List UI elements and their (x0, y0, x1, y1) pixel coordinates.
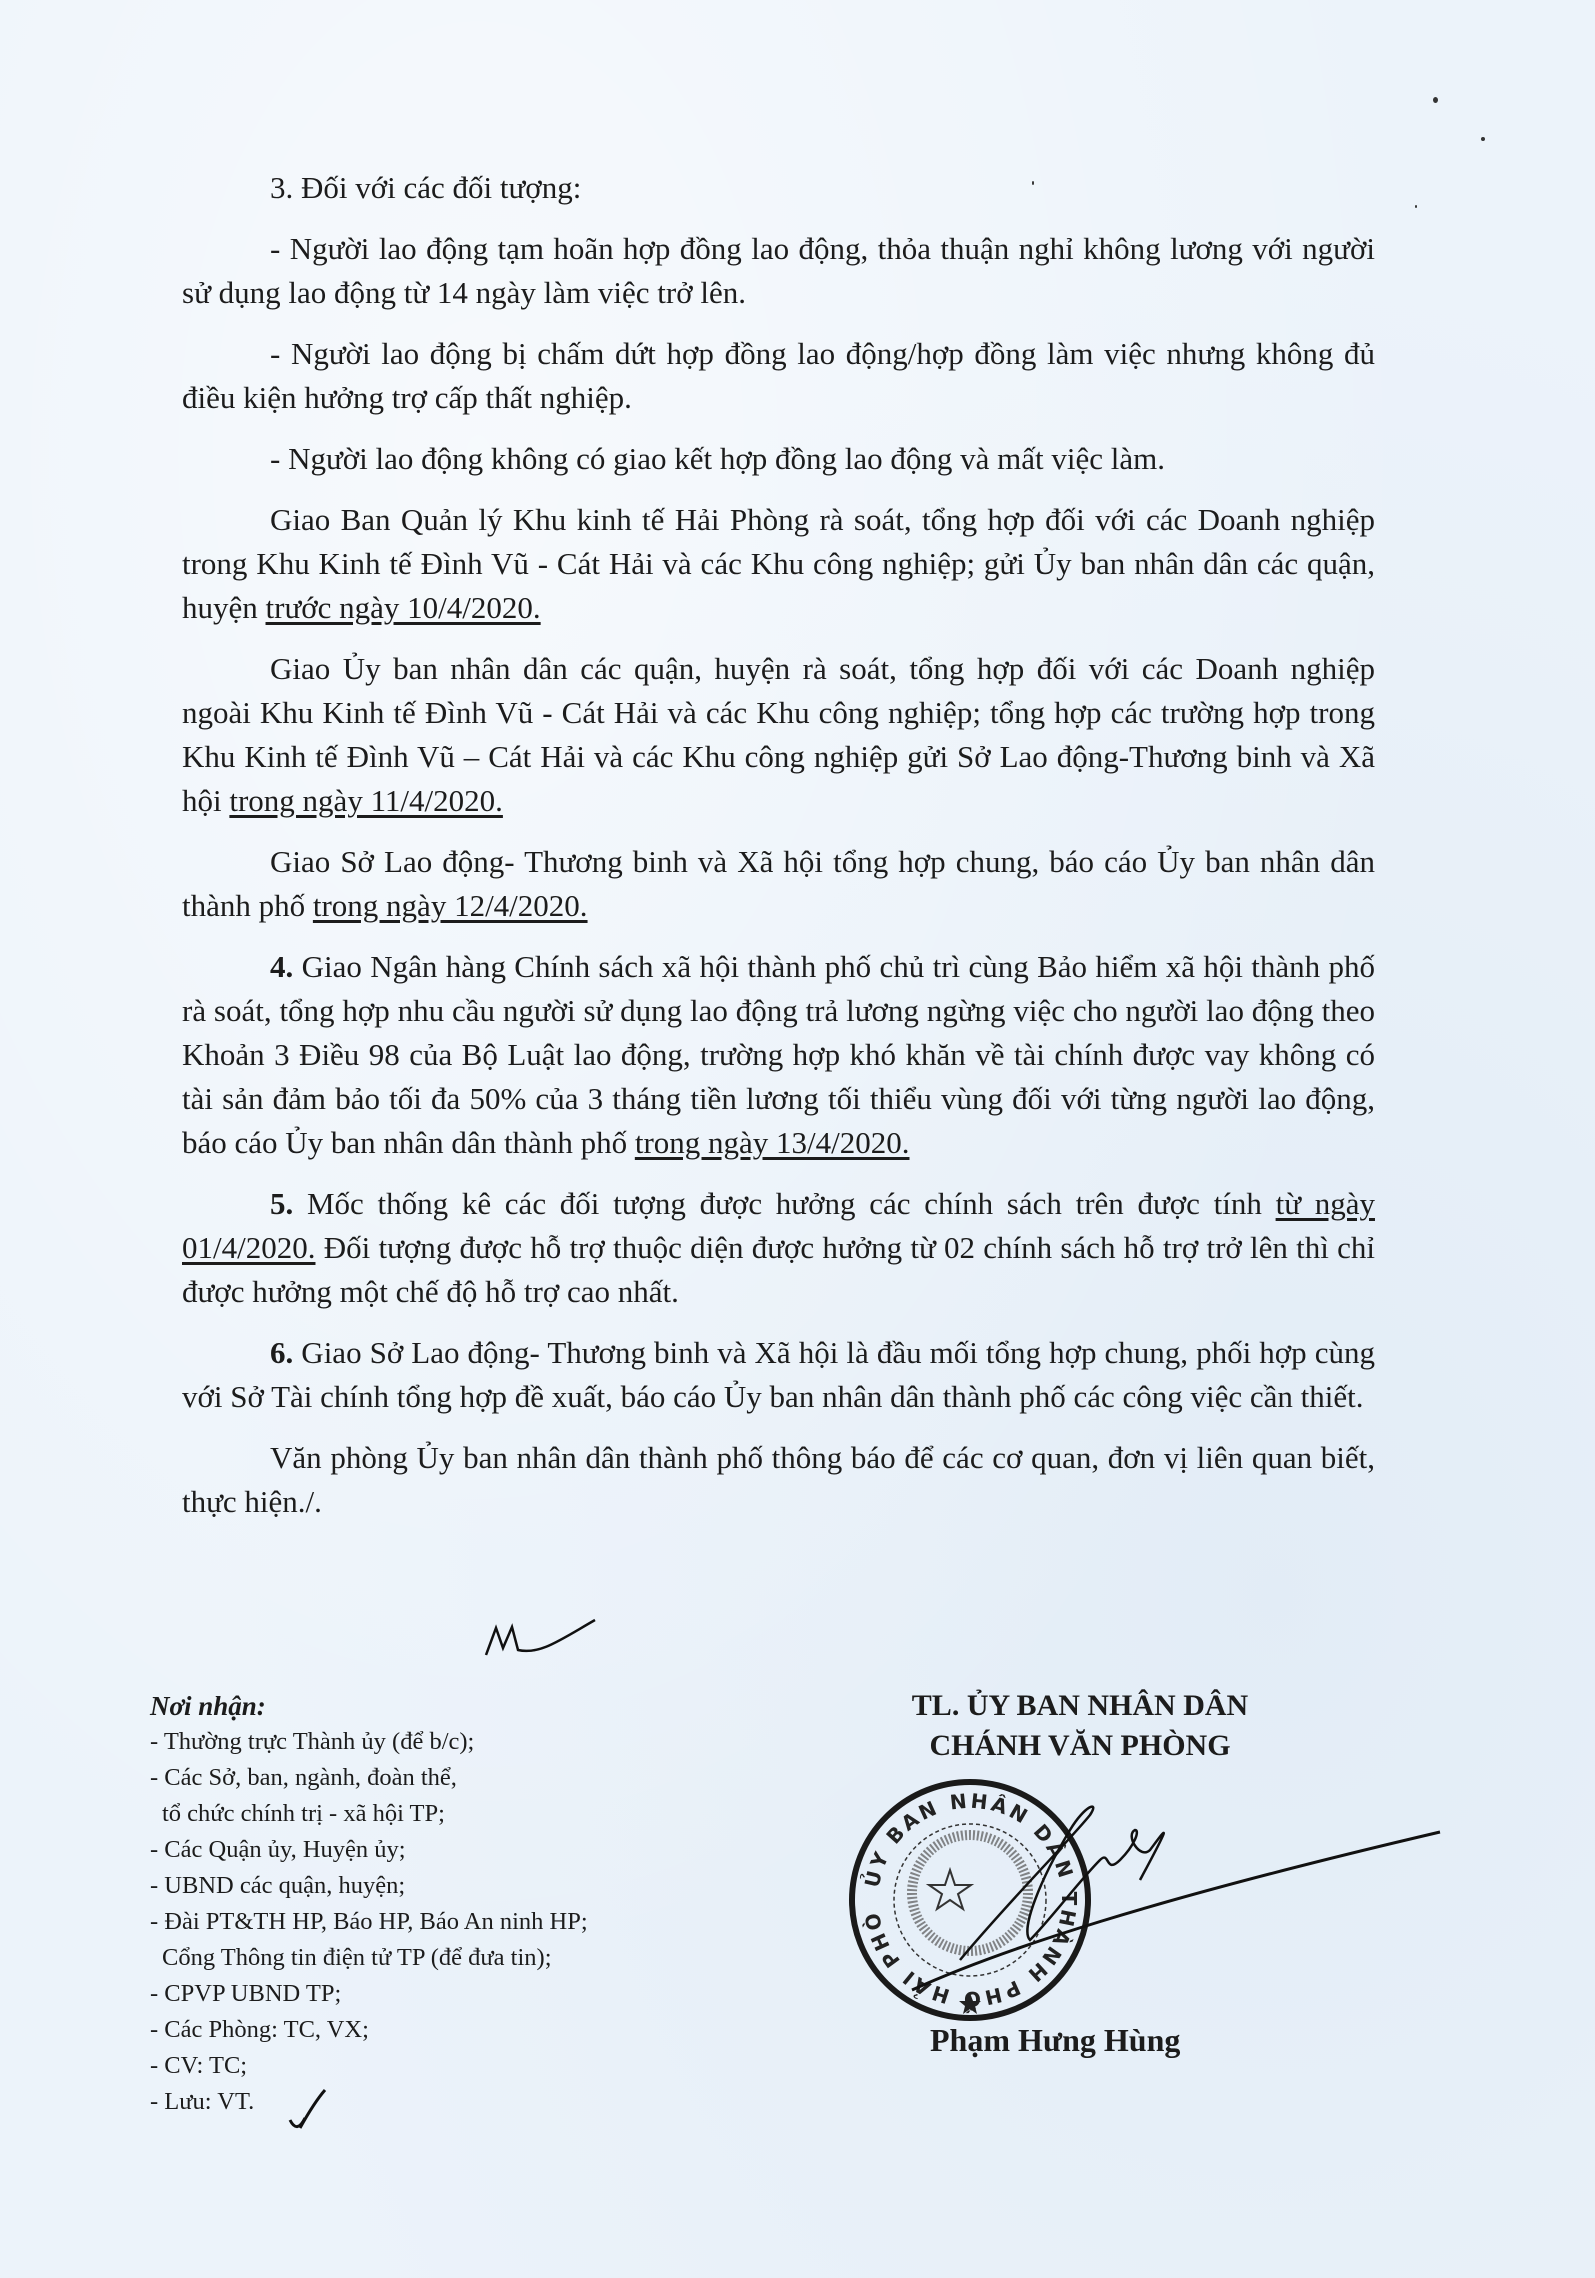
paragraph-text: - Người lao động bị chấm dứt hợp đồng la… (182, 336, 1375, 415)
signature-authority: TL. ỦY BAN NHÂN DÂN (860, 1686, 1300, 1726)
document-body: 3. Đối với các đối tượng:- Người lao độn… (182, 166, 1375, 1541)
paragraph: 5. Mốc thống kê các đối tượng được hưởng… (182, 1182, 1375, 1314)
deadline-text: trước ngày 10/4/2020. (266, 590, 541, 625)
recipients-block: Nơi nhận: - Thường trực Thành ủy (để b/c… (150, 1688, 710, 2120)
signature-block: TL. ỦY BAN NHÂN DÂN CHÁNH VĂN PHÒNG (860, 1686, 1300, 1766)
paragraph: 6. Giao Sở Lao động- Thương binh và Xã h… (182, 1331, 1375, 1419)
section-number: 6. (270, 1335, 293, 1370)
section-number: 4. (270, 949, 293, 984)
recipient-item: - CPVP UBND TP; (150, 1976, 710, 2012)
paragraph-text: Giao Sở Lao động- Thương binh và Xã hội … (182, 1335, 1375, 1414)
paragraph: Giao Ban Quản lý Khu kinh tế Hải Phòng r… (182, 498, 1375, 630)
deadline-text: trong ngày 12/4/2020. (313, 888, 588, 923)
deadline-text: trong ngày 11/4/2020. (229, 783, 503, 818)
recipient-item: - Các Sở, ban, ngành, đoàn thể, (150, 1760, 710, 1796)
scan-speck (1415, 205, 1417, 208)
recipient-item: - UBND các quận, huyện; (150, 1868, 710, 1904)
paragraph-text: - Người lao động không có giao kết hợp đ… (270, 441, 1165, 476)
scan-speck (1481, 137, 1485, 141)
paragraph-text: 3. Đối với các đối tượng: (270, 170, 581, 205)
signature-title: CHÁNH VĂN PHÒNG (860, 1726, 1300, 1766)
section-number: 5. (270, 1186, 293, 1221)
paragraph: Giao Ủy ban nhân dân các quận, huyện rà … (182, 647, 1375, 823)
paragraph-text: - Người lao động tạm hoãn hợp đồng lao đ… (182, 231, 1375, 310)
recipients-list: - Thường trực Thành ủy (để b/c);- Các Sở… (150, 1724, 710, 2120)
paragraph: Giao Sở Lao động- Thương binh và Xã hội … (182, 840, 1375, 928)
recipient-item: - CV: TC; (150, 2048, 710, 2084)
paragraph: - Người lao động bị chấm dứt hợp đồng la… (182, 332, 1375, 420)
recipient-item: Cổng Thông tin điện tử TP (để đưa tin); (150, 1940, 710, 1976)
paragraph: - Người lao động tạm hoãn hợp đồng lao đ… (182, 227, 1375, 315)
recipient-item: tổ chức chính trị - xã hội TP; (150, 1796, 710, 1832)
recipient-item: - Lưu: VT. (150, 2084, 710, 2120)
recipients-title: Nơi nhận: (150, 1688, 710, 1724)
paragraph: 3. Đối với các đối tượng: (182, 166, 1375, 210)
paragraph-text: Mốc thống kê các đối tượng được hưởng cá… (293, 1186, 1275, 1221)
recipient-item: - Các Quận ủy, Huyện ủy; (150, 1832, 710, 1868)
paragraph-text: Văn phòng Ủy ban nhân dân thành phố thôn… (182, 1440, 1375, 1519)
recipient-item: - Đài PT&TH HP, Báo HP, Báo An ninh HP; (150, 1904, 710, 1940)
recipient-item: - Thường trực Thành ủy (để b/c); (150, 1724, 710, 1760)
paragraph: - Người lao động không có giao kết hợp đ… (182, 437, 1375, 481)
official-stamp-icon: ỦY BAN NHÂN DÂN THÀNH PHỐ HẢI PHÒNG (845, 1775, 1095, 2025)
paragraph-text: Đối tượng được hỗ trợ thuộc diện được hư… (182, 1230, 1375, 1309)
recipient-item: - Các Phòng: TC, VX; (150, 2012, 710, 2048)
paragraph: 4. Giao Ngân hàng Chính sách xã hội thàn… (182, 945, 1375, 1165)
scan-speck (1433, 97, 1438, 103)
deadline-text: trong ngày 13/4/2020. (635, 1125, 910, 1160)
signer-name: Phạm Hưng Hùng (930, 2020, 1180, 2060)
paragraph: Văn phòng Ủy ban nhân dân thành phố thôn… (182, 1436, 1375, 1524)
